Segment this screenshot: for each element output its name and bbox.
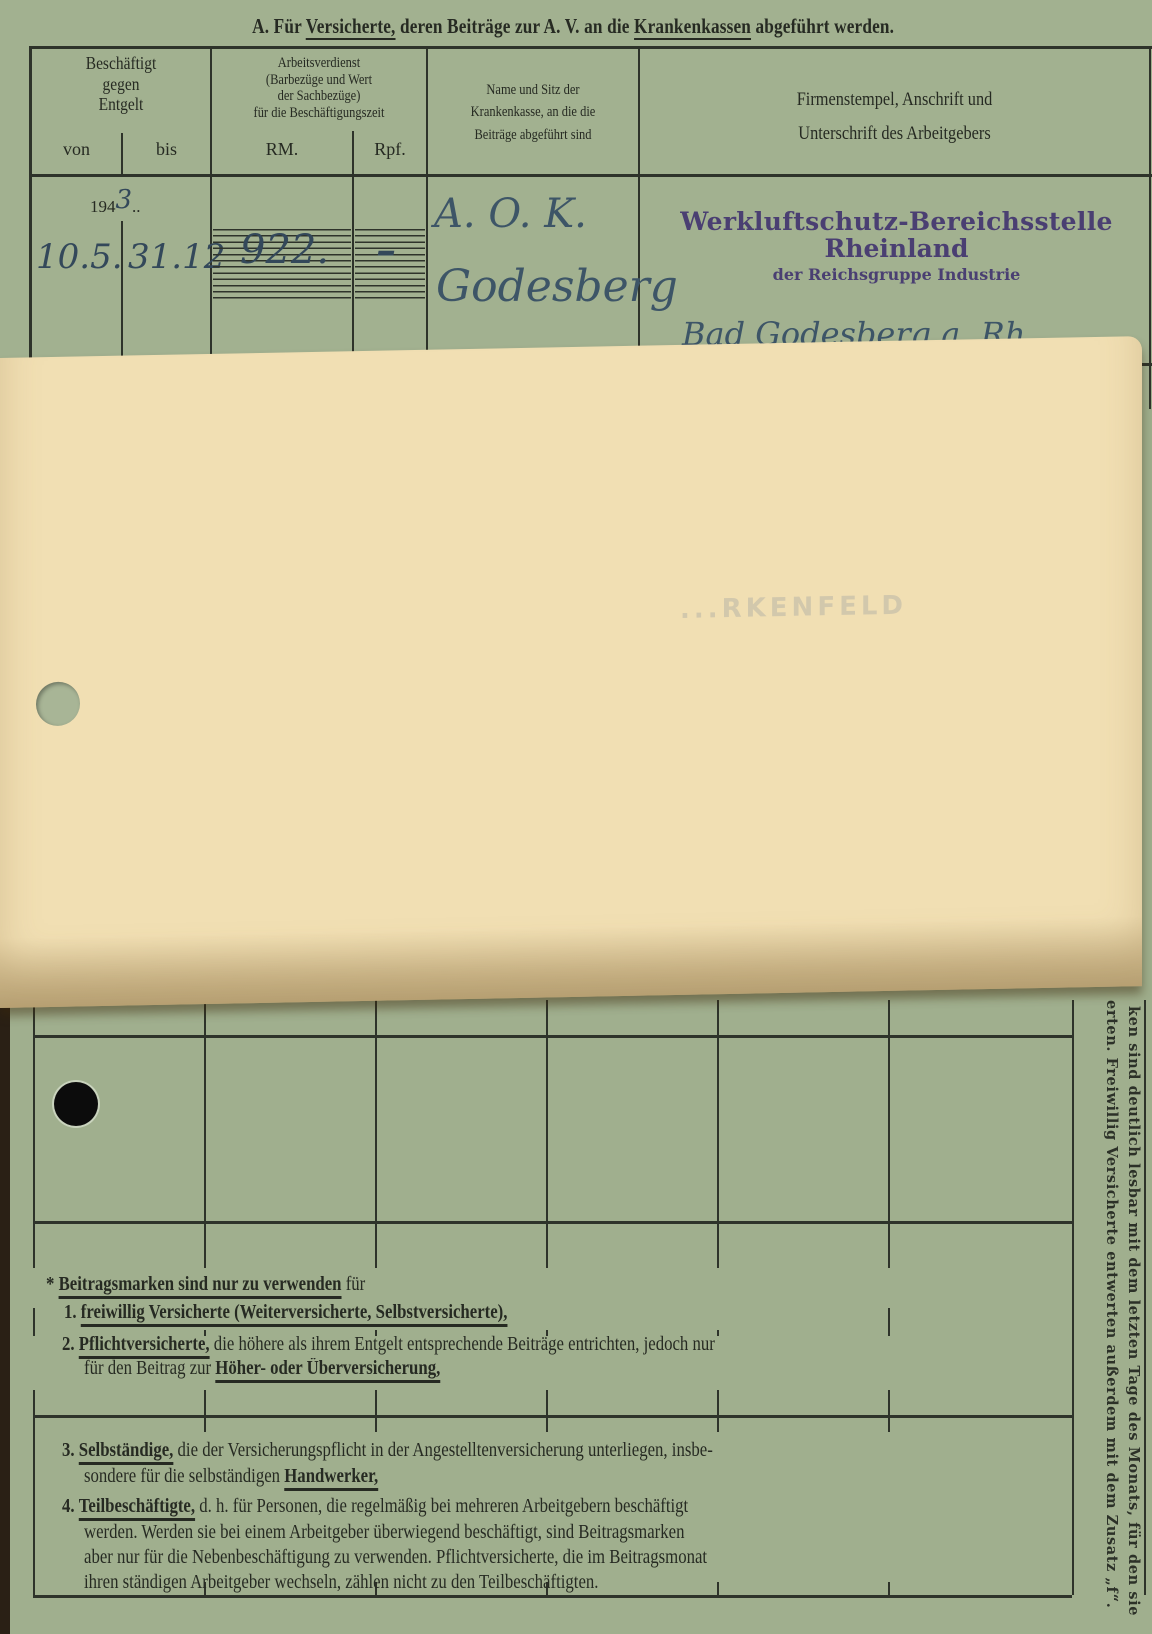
punch-hole-icon — [36, 681, 80, 726]
header-earnings: Arbeitsverdienst (Barbezüge und Wert der… — [227, 55, 411, 122]
grid-row-line — [35, 1415, 1072, 1418]
footnote-item-3: 3. Selbständige, die der Versicherungspf… — [62, 1438, 713, 1463]
side-note-line-1: ken sind deutlich lesbar mit dem letzten… — [1122, 1000, 1144, 1600]
row1-year: 1943.. — [90, 189, 141, 219]
header-bis: bis — [123, 139, 210, 160]
header-rpf: Rpf. — [354, 139, 426, 160]
row1-rpf-value: – — [376, 227, 396, 274]
grid-row-line — [35, 1221, 1072, 1224]
side-note-line-2: erten. Freiwillig Versicherte entwerten … — [1100, 1000, 1122, 1600]
header-von: von — [32, 139, 121, 160]
folded-cover-sheet: ...RKENFELD — [0, 336, 1142, 1008]
header-employment: Beschäftigt gegen Entgelt — [44, 53, 197, 115]
footnote-item-2: 2. Pflichtversicherte, die höhere als ih… — [62, 1332, 715, 1357]
employer-stamp: Werkluftschutz-Bereichsstelle Rheinland … — [642, 207, 1151, 284]
footnote-item-4: 4. Teilbeschäftigte, d. h. für Personen,… — [62, 1494, 688, 1519]
footnote-intro: * Beitragsmarken sind nur zu verwenden f… — [46, 1272, 365, 1297]
footnote-item-2-cont: für den Beitrag zur Höher- oder Übervers… — [84, 1356, 440, 1381]
section-a-heading: A. Für Versicherte, deren Beiträge zur A… — [101, 14, 1046, 39]
row1-rm-value: 922. — [240, 227, 329, 273]
row1-from-date: 10.5. — [36, 237, 123, 277]
footnote-item-4-cont2: aber nur für die Nebenbeschäftigung zu v… — [84, 1545, 707, 1570]
grid-row-line — [35, 1035, 1072, 1038]
side-instruction-text: ken sind deutlich lesbar mit dem letzten… — [1100, 1000, 1144, 1600]
header-bottom-line — [32, 174, 1152, 177]
bleed-through-text: ...RKENFELD — [680, 591, 907, 625]
header-health-fund: Name und Sitz der Krankenkasse, an die d… — [443, 79, 624, 146]
footnote-item-3-cont: sondere für die selbständigen Handwerker… — [84, 1464, 378, 1489]
footnote-item-4-cont1: werden. Werden sie bei einem Arbeitgeber… — [84, 1520, 684, 1545]
footnote-item-1: 1. freiwillig Versicherte (Weiterversich… — [64, 1300, 507, 1325]
header-rm: RM. — [212, 139, 352, 160]
punch-hole-icon — [54, 1082, 98, 1126]
row1-to-date: 31.12 — [128, 237, 225, 277]
side-instruction-panel: ken sind deutlich lesbar mit dem letzten… — [1072, 1000, 1146, 1595]
header-employer: Firmenstempel, Anschrift und Unterschrif… — [676, 83, 1114, 151]
row1-health-fund-name: A. O. K. — [434, 191, 587, 237]
footnote-item-4-cont3: ihren ständigen Arbeitgeber wechseln, zä… — [84, 1570, 598, 1595]
